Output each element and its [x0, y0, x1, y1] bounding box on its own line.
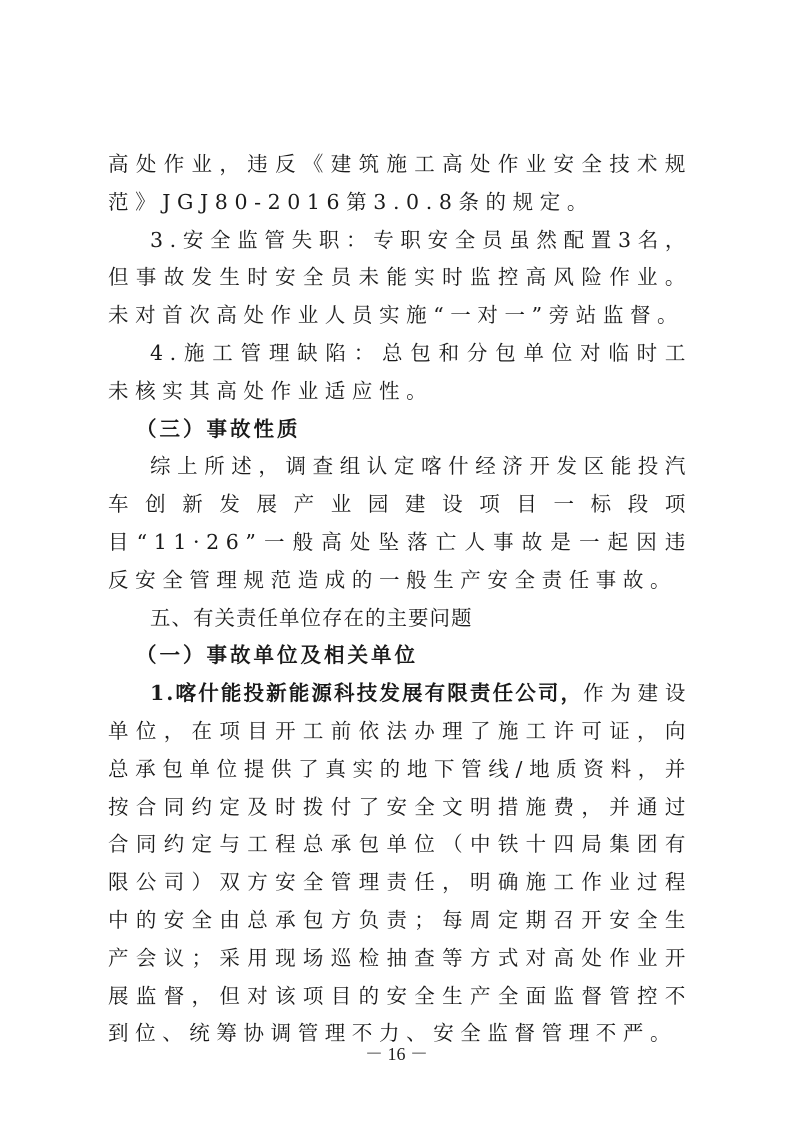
document-page: 高处作业，违反《建筑施工高处作业安全技术规范》JGJ80-2016第3.0.8条… — [0, 0, 793, 1122]
document-body: 高处作业，违反《建筑施工高处作业安全技术规范》JGJ80-2016第3.0.8条… — [108, 146, 692, 1053]
paragraph-continuation: 高处作业，违反《建筑施工高处作业安全技术规范》JGJ80-2016第3.0.8条… — [108, 146, 692, 222]
page-number: － 16 － — [0, 1040, 793, 1066]
paragraph-construction-management: 4.施工管理缺陷：总包和分包单位对临时工未核实其高处作业适应性。 — [108, 335, 692, 411]
heading-section-five: 五、有关责任单位存在的主要问题 — [108, 600, 692, 638]
company-description: 作为建设单位，在项目开工前依法办理了施工许可证，向总承包单位提供了真实的地下管线… — [108, 681, 692, 1045]
paragraph-safety-supervision: 3.安全监管失职：专职安全员虽然配置3名，但事故发生时安全员未能实时监控高风险作… — [108, 222, 692, 335]
subheading-accident-nature: （三）事故性质 — [108, 411, 692, 449]
paragraph-accident-conclusion: 综上所述，调查组认定喀什经济开发区能投汽车创新发展产业园建设项目一标段项目“11… — [108, 448, 692, 599]
subheading-accident-units: （一）事故单位及相关单位 — [108, 637, 692, 675]
paragraph-construction-unit: 1.喀什能投新能源科技发展有限责任公司，作为建设单位，在项目开工前依法办理了施工… — [108, 675, 692, 1053]
company-name-lead: 1.喀什能投新能源科技发展有限责任公司， — [150, 681, 583, 705]
